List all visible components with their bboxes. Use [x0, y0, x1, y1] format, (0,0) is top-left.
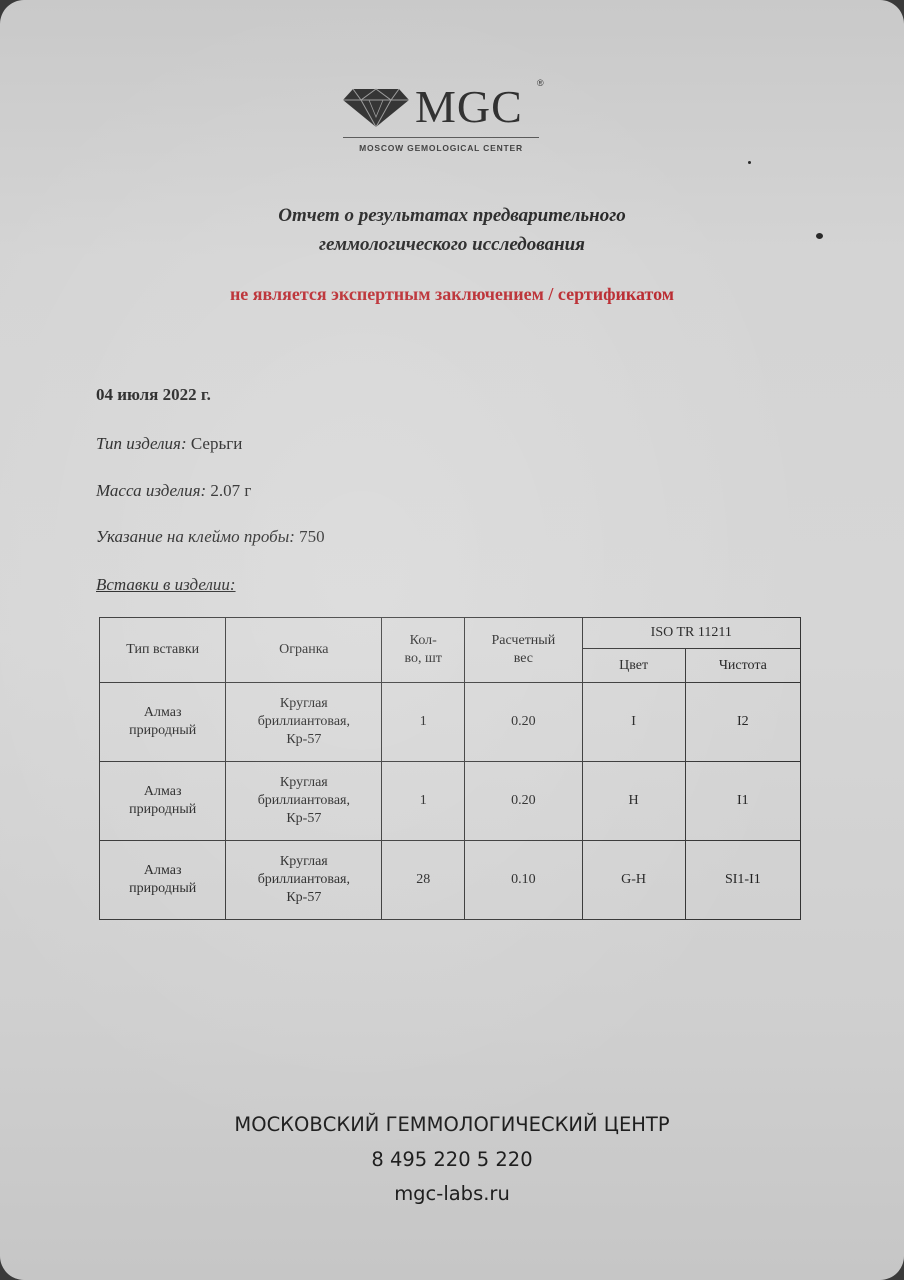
- cut-line3: Кр-57: [230, 810, 377, 828]
- header-qty-line1: Кол-: [386, 632, 460, 650]
- cell-insert-type: Алмазприродный: [100, 841, 226, 920]
- cut-line2: бриллиантовая,: [230, 871, 377, 889]
- table-row: АлмазприродныйКруглаябриллиантовая,Кр-57…: [100, 762, 801, 841]
- diamond-icon: [343, 87, 409, 127]
- cut-line3: Кр-57: [230, 889, 377, 907]
- header-clarity: Чистота: [685, 649, 800, 683]
- cut-line1: Круглая: [230, 695, 377, 713]
- header-weight: Расчетный вес: [465, 618, 582, 683]
- cell-clarity: I2: [685, 683, 800, 762]
- cell-weight: 0.20: [465, 762, 582, 841]
- cell-qty: 28: [382, 841, 465, 920]
- cut-line1: Круглая: [230, 853, 377, 871]
- cell-color: H: [582, 762, 685, 841]
- insert-type-line2: природный: [104, 880, 221, 898]
- insert-type-line2: природный: [104, 801, 221, 819]
- report-title-line1: Отчет о результатах предварительного: [0, 201, 904, 230]
- item-mass-label: Масса изделия:: [96, 481, 206, 500]
- header-qty-line2: во, шт: [386, 650, 460, 668]
- header-standard: ISO TR 11211: [582, 618, 801, 649]
- cell-cut: Круглаябриллиантовая,Кр-57: [226, 762, 382, 841]
- report-title: Отчет о результатах предварительного гем…: [0, 201, 904, 259]
- insert-type-line1: Алмаз: [104, 862, 221, 880]
- insert-type-line1: Алмаз: [104, 783, 221, 801]
- cell-insert-type: Алмазприродный: [100, 762, 226, 841]
- item-type-field: Тип изделия: Серьги: [96, 434, 242, 454]
- cell-qty: 1: [382, 683, 465, 762]
- inserts-table: Тип вставки Огранка Кол- во, шт Расчетны…: [99, 617, 801, 920]
- cut-line3: Кр-57: [230, 731, 377, 749]
- footer-phone: 8 495 220 5 220: [0, 1148, 904, 1171]
- report-title-line2: геммологического исследования: [0, 230, 904, 259]
- logo-divider: [343, 137, 539, 138]
- cell-clarity: I1: [685, 762, 800, 841]
- cell-weight: 0.20: [465, 683, 582, 762]
- cell-cut: Круглаябриллиантовая,Кр-57: [226, 841, 382, 920]
- header-color: Цвет: [582, 649, 685, 683]
- header-weight-line2: вес: [469, 650, 577, 668]
- insert-type-line1: Алмаз: [104, 704, 221, 722]
- item-mass-value: 2.07 г: [210, 481, 251, 500]
- cell-color: G-H: [582, 841, 685, 920]
- paper-speck: [748, 161, 751, 164]
- hallmark-label: Указание на клеймо пробы:: [96, 527, 295, 546]
- hallmark-value: 750: [299, 527, 325, 546]
- cell-insert-type: Алмазприродный: [100, 683, 226, 762]
- cell-color: I: [582, 683, 685, 762]
- disclaimer: не является экспертным заключением / сер…: [0, 284, 904, 305]
- report-document: MGC ® MOSCOW GEMOLOGICAL CENTER Отчет о …: [0, 0, 904, 1280]
- cell-clarity: SI1-I1: [685, 841, 800, 920]
- footer-website: mgc-labs.ru: [0, 1182, 904, 1205]
- mgc-logo: MGC ® MOSCOW GEMOLOGICAL CENTER: [343, 80, 543, 160]
- logo-subtitle: MOSCOW GEMOLOGICAL CENTER: [343, 143, 539, 153]
- table-row: АлмазприродныйКруглаябриллиантовая,Кр-57…: [100, 683, 801, 762]
- registered-mark: ®: [537, 78, 544, 88]
- report-date: 04 июля 2022 г.: [96, 385, 211, 405]
- hallmark-field: Указание на клеймо пробы: 750: [96, 527, 325, 547]
- paper-speck: [816, 233, 823, 239]
- header-weight-line1: Расчетный: [469, 632, 577, 650]
- inserts-heading: Вставки в изделии:: [96, 575, 236, 595]
- header-cut: Огранка: [226, 618, 382, 683]
- item-type-label: Тип изделия:: [96, 434, 187, 453]
- cut-line2: бриллиантовая,: [230, 713, 377, 731]
- cell-cut: Круглаябриллиантовая,Кр-57: [226, 683, 382, 762]
- cell-qty: 1: [382, 762, 465, 841]
- cell-weight: 0.10: [465, 841, 582, 920]
- item-mass-field: Масса изделия: 2.07 г: [96, 481, 251, 501]
- table-row: АлмазприродныйКруглаябриллиантовая,Кр-57…: [100, 841, 801, 920]
- header-qty: Кол- во, шт: [382, 618, 465, 683]
- cut-line2: бриллиантовая,: [230, 792, 377, 810]
- cut-line1: Круглая: [230, 774, 377, 792]
- insert-type-line2: природный: [104, 722, 221, 740]
- logo-brand: MGC: [415, 84, 523, 130]
- header-insert-type: Тип вставки: [100, 618, 226, 683]
- footer-organization: МОСКОВСКИЙ ГЕММОЛОГИЧЕСКИЙ ЦЕНТР: [0, 1113, 904, 1136]
- item-type-value: Серьги: [191, 434, 242, 453]
